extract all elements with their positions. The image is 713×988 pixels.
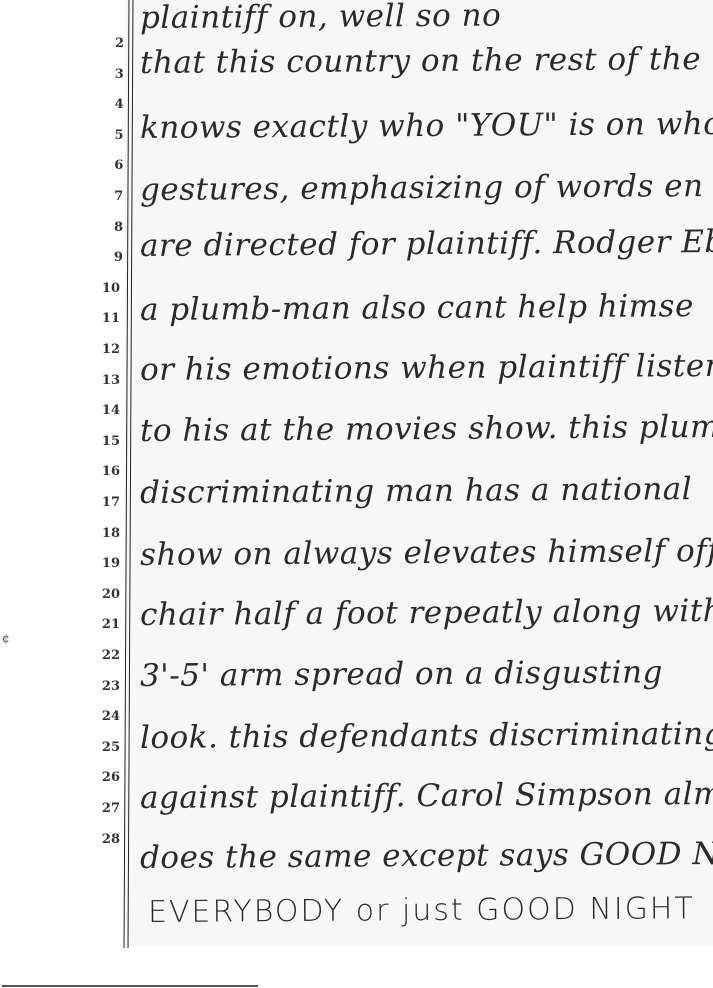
- handwritten-line: are directed for plaintiff. Rodger Ebe: [140, 224, 713, 264]
- handwritten-line: against plaintiff. Carol Simpson almost: [140, 776, 713, 816]
- handwritten-line: gestures, emphasizing of words en: [140, 168, 704, 208]
- line-number: 17: [96, 495, 120, 510]
- line-number: 18: [96, 526, 120, 541]
- line-number: 5: [100, 128, 124, 143]
- line-number: 22: [96, 648, 120, 663]
- handwritten-line: look. this defendants discriminating: [140, 716, 713, 756]
- line-number: 3: [100, 67, 124, 82]
- line-number: 28: [96, 832, 120, 847]
- line-number: 23: [96, 679, 120, 694]
- handwritten-line: that this country on the rest of the: [140, 41, 701, 81]
- handwritten-line: knows exactly who "YOU" is on who: [140, 106, 713, 146]
- line-number: 10: [96, 281, 120, 296]
- handwritten-line: 3'-5' arm spread on a disgusting: [140, 654, 663, 694]
- line-number: 11: [96, 311, 120, 326]
- handwritten-line: a plumb-man also cant help himse: [140, 288, 694, 328]
- line-number: 2: [100, 36, 124, 51]
- handwritten-line: discriminating man has a national: [140, 471, 692, 511]
- line-number: 12: [96, 342, 120, 357]
- line-number: 6: [99, 158, 123, 173]
- scan-artifact-mark: ¢: [2, 632, 10, 644]
- line-number: 19: [96, 556, 120, 571]
- handwritten-line: or his emotions when plaintiff listens: [140, 348, 713, 388]
- handwritten-line: plaintiff on, well so no: [140, 0, 501, 36]
- line-number: 25: [96, 740, 120, 755]
- line-number: 7: [99, 189, 123, 204]
- handwritten-line: show on always elevates himself off: [140, 533, 713, 573]
- footer-rule: [2, 985, 258, 987]
- line-number: 20: [96, 587, 120, 602]
- handwritten-line: EVERYBODY or just GOOD NIGHT: [148, 891, 695, 930]
- handwritten-line: to his at the movies show. this plumb: [140, 409, 713, 449]
- handwritten-line: chair half a foot repeatly along with: [140, 593, 713, 633]
- line-number: 13: [96, 373, 120, 388]
- handwritten-line: does the same except says GOOD NI: [140, 836, 713, 876]
- line-number: 27: [96, 801, 120, 816]
- line-number: 26: [96, 770, 120, 785]
- line-number: 15: [96, 434, 120, 449]
- line-number: 24: [96, 709, 120, 724]
- line-number: 16: [96, 464, 120, 479]
- line-number: 4: [100, 97, 124, 112]
- line-number: 8: [99, 220, 123, 235]
- line-number: 9: [99, 250, 123, 265]
- line-number: 14: [96, 403, 120, 418]
- line-number: 21: [96, 617, 120, 632]
